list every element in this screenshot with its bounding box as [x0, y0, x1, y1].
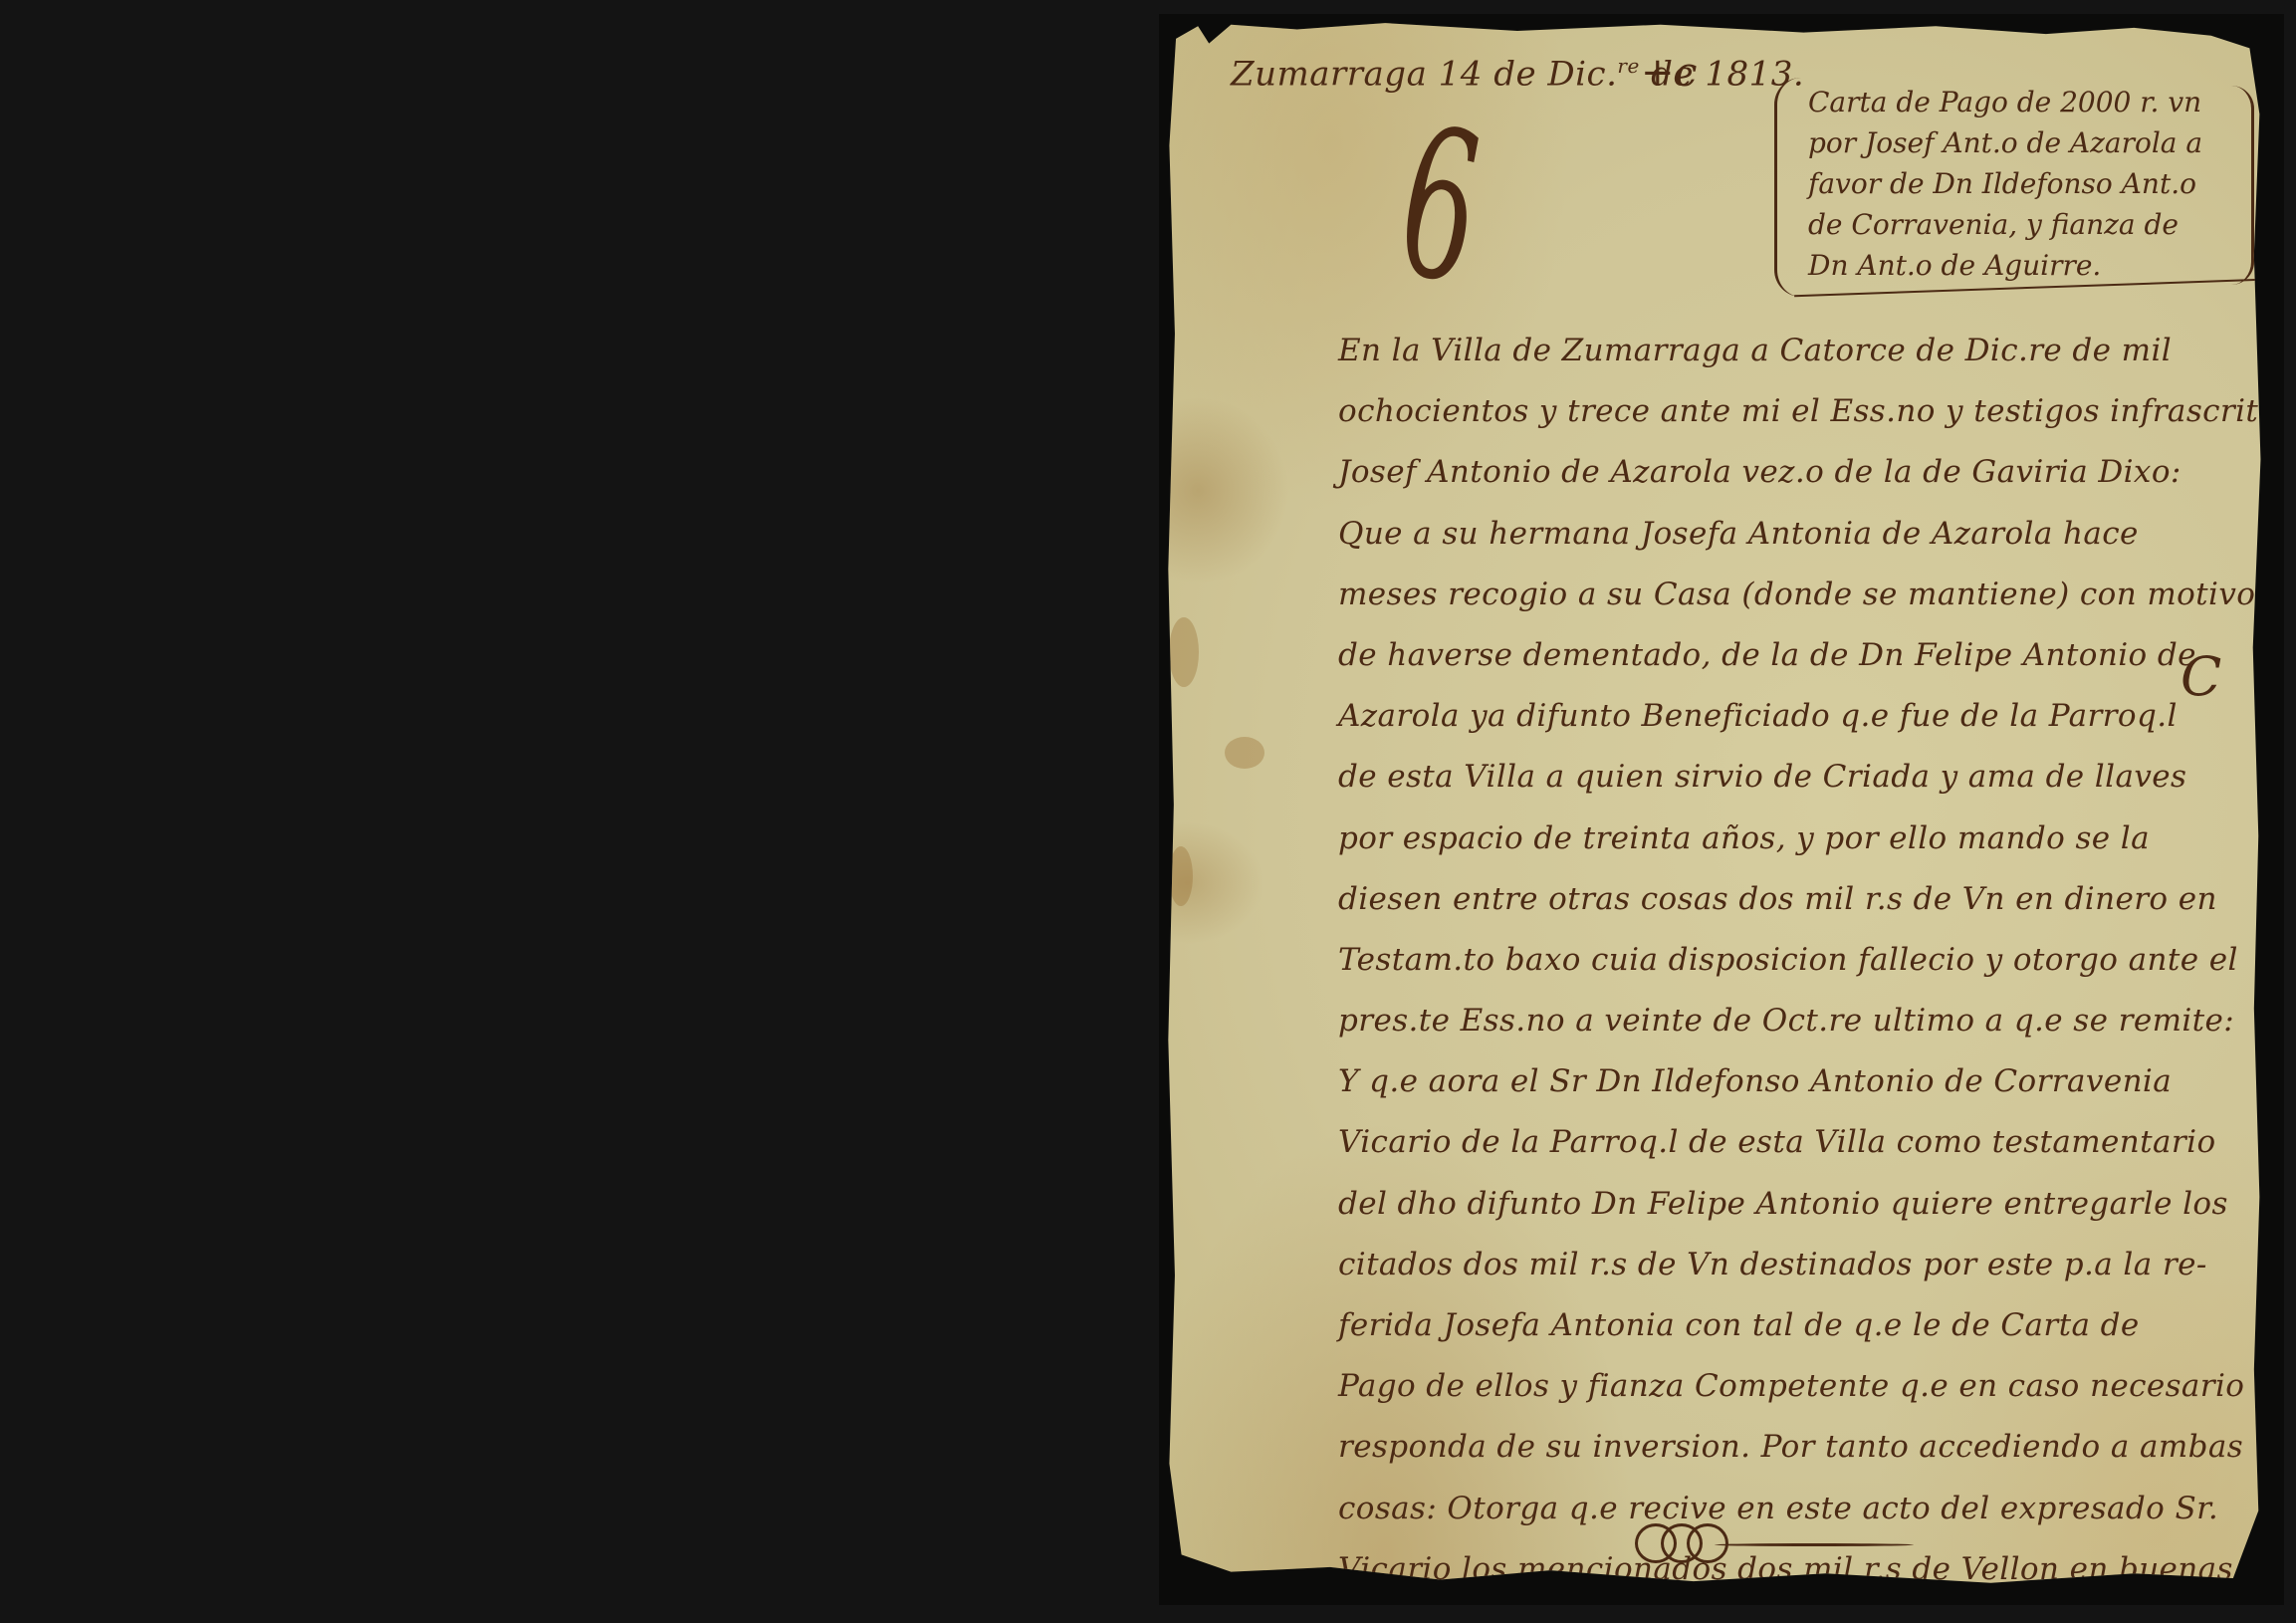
body-line: meses recogio a su Casa (donde se mantie… [1338, 565, 2234, 625]
body-line: ferida Josefa Antonia con tal de q.e le … [1338, 1295, 2234, 1356]
header-place-date: Zumarraga 14 de Dic.re de 1813. [1231, 54, 1804, 94]
rubric-tail [1715, 1543, 1914, 1546]
cross-mark: +c [1641, 50, 1698, 96]
stain-mark [1169, 617, 1199, 687]
body-line: Testam.to baxo cuia disposicion fallecio… [1338, 930, 2234, 991]
body-line: Que a su hermana Josefa Antonia de Azaro… [1338, 504, 2234, 565]
body-line: En la Villa de Zumarraga a Catorce de Di… [1338, 321, 2234, 381]
marginal-note-line: de Corravenia, y fianza de [1808, 204, 2202, 245]
marginal-note-line: Dn Ant.o de Aguirre. [1808, 245, 2202, 286]
body-line: ochocientos y trece ante mi el Ess.no y … [1338, 381, 2234, 442]
body-line: pres.te Ess.no a veinte de Oct.re ultimo… [1338, 991, 2234, 1051]
stain-mark [1225, 737, 1264, 769]
body-line: Vicario de la Parroq.l de esta Villa com… [1338, 1112, 2234, 1173]
body-line: Josef Antonio de Azarola vez.o de la de … [1338, 442, 2234, 503]
document-viewer: Zumarraga 14 de Dic.re de 1813. +c 6 Car… [0, 0, 2296, 1623]
body-text: En la Villa de Zumarraga a Catorce de Di… [1338, 321, 2234, 1600]
folio-number: 6 [1396, 94, 1485, 320]
marginal-note-line: favor de Dn Ildefonso Ant.o [1808, 163, 2202, 204]
body-line: citados dos mil r.s de Vn destinados por… [1338, 1235, 2234, 1295]
body-line: diesen entre otras cosas dos mil r.s de … [1338, 869, 2234, 930]
manuscript-scan: Zumarraga 14 de Dic.re de 1813. +c 6 Car… [1159, 14, 2284, 1605]
marginal-note-lines: Carta de Pago de 2000 r. vn por Josef An… [1808, 82, 2202, 286]
body-line: Pago de ellos y fianza Competente q.e en… [1338, 1356, 2234, 1417]
body-line: de esta Villa a quien sirvio de Criada y… [1338, 747, 2234, 808]
body-line: Y q.e aora el Sr Dn Ildefonso Antonio de… [1338, 1051, 2234, 1112]
left-brace-icon [1774, 78, 1801, 297]
margin-mark: C [2181, 645, 2222, 708]
manuscript-page: Zumarraga 14 de Dic.re de 1813. +c 6 Car… [1165, 20, 2266, 1589]
header-superscript: re [1617, 54, 1639, 78]
body-line: Azarola ya difunto Beneficiado q.e fue d… [1338, 686, 2234, 747]
marginal-note-line: por Josef Ant.o de Azarola a [1808, 122, 2202, 163]
body-line: de haverse dementado, de la de Dn Felipe… [1338, 625, 2234, 686]
marginal-note-line: Carta de Pago de 2000 r. vn [1808, 82, 2202, 122]
stain-mark [1169, 846, 1193, 906]
signature-rubric-icon [1635, 1513, 1914, 1573]
body-line: por espacio de treinta años, y por ello … [1338, 809, 2234, 869]
right-brace-icon [2231, 86, 2254, 285]
body-line: del dho difunto Dn Felipe Antonio quiere… [1338, 1174, 2234, 1235]
body-line: responda de su inversion. Por tanto acce… [1338, 1417, 2234, 1478]
marginal-note: Carta de Pago de 2000 r. vn por Josef An… [1774, 78, 2262, 295]
